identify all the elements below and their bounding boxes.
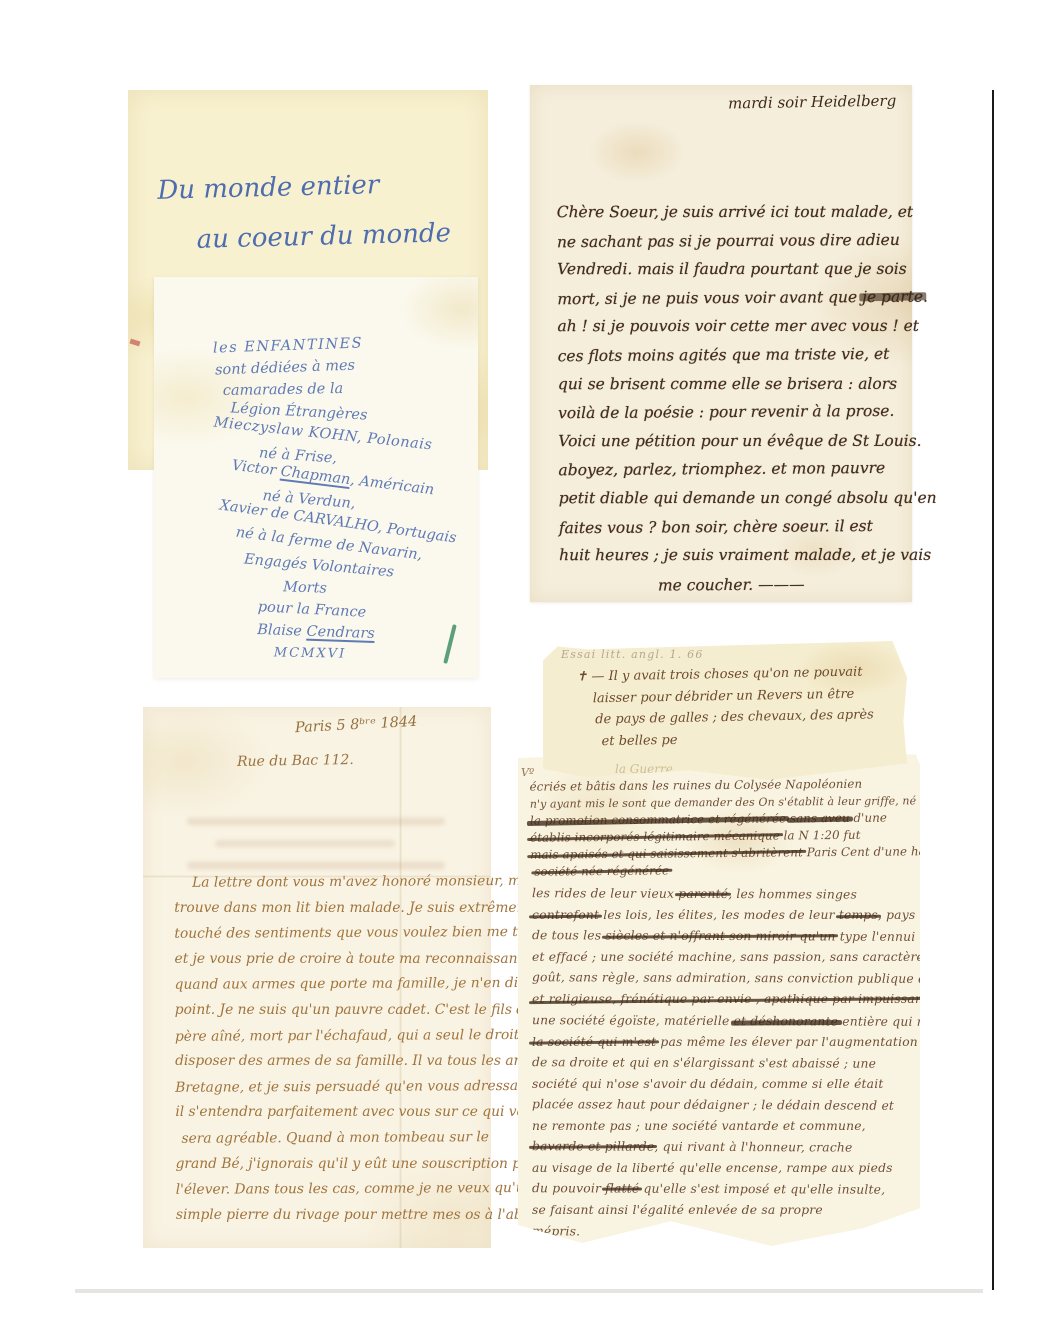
handwritten-line: au coeur du monde <box>196 208 452 265</box>
handwritten-line: au visage de la liberté qu'elle encense,… <box>532 1158 914 1179</box>
handwritten-line: grand Bé, j'ignorais qu'il y eût une sou… <box>176 1152 484 1178</box>
ink-bleed-line <box>187 818 445 825</box>
handwritten-line: et religieuse, frénétique par envie , ap… <box>532 989 914 1010</box>
scanned-manuscripts-page: Du monde entierau coeur du monde les ENF… <box>0 0 1040 1338</box>
handwritten-line: aboyez, parlez, triomphez. et mon pauvre <box>558 454 902 485</box>
draft-struck-lines: écriés et bâtis dans les ruines du Colys… <box>530 775 917 880</box>
handwritten-line: les rides de leur vieux parenté, les hom… <box>532 883 914 906</box>
vertical-rule <box>992 90 994 1290</box>
handwritten-line: l'élever. Dans tous les cas, comme je ne… <box>176 1176 484 1203</box>
dedication-text: les ENFANTINESsont dédiées à mescamarade… <box>154 335 478 665</box>
handwritten-line: qui se brisent comme elle se brisera : a… <box>558 369 902 398</box>
handwritten-line: La lettre dont vous m'avez honoré monsie… <box>192 869 482 896</box>
handwritten-line: quand aux armes que porte ma famille, je… <box>175 972 483 999</box>
handwritten-line: la société qui m'est pas même les élever… <box>532 1032 914 1053</box>
margin-note: Vº <box>521 766 534 779</box>
manuscript-letter-paris-1844: Paris 5 8ᵇʳᵉ 1844 Rue du Bac 112. La let… <box>143 707 491 1248</box>
handwritten-line: Du monde entier <box>157 158 451 216</box>
manuscript-draft-sheet: Vº Le Roi chétif écriés et bâtis dans le… <box>518 750 920 1248</box>
handwritten-line: et je vous prie de croire à toute ma rec… <box>175 947 483 973</box>
handwritten-line: placée assez haut pour dédaigner ; le dé… <box>532 1094 914 1117</box>
handwritten-line: ces flots moins agités que ma triste vie… <box>558 340 902 371</box>
handwritten-line: ah ! si je pouvois voir cette mer avec v… <box>557 312 901 341</box>
blue-ink-title: Du monde entierau coeur du monde <box>157 158 452 266</box>
handwritten-line: Voici une pétition pour un évêque de St … <box>558 427 902 456</box>
pencil-annotation: Essai litt. angl. 1. 66 <box>561 648 704 661</box>
handwritten-line: ne sachant pas si je pourrai vous dire a… <box>557 225 901 256</box>
handwritten-line: Vendredi. mais il faudra pourtant que je… <box>557 255 901 284</box>
letter-body: La lettre dont vous m'avez honoré monsie… <box>174 869 484 1229</box>
handwritten-line: et effacé ; une société machine, sans pa… <box>532 947 914 968</box>
handwritten-line: sera agréable. Quand à mon tombeau sur l… <box>181 1125 483 1152</box>
letter-address: Rue du Bac 112. <box>237 752 354 770</box>
handwritten-line: père aîné, mort par l'échafaud, qui a se… <box>175 1023 483 1050</box>
manuscript-letter-chere-soeur: mardi soir Heidelberg Chère Soeur, je su… <box>530 85 912 602</box>
handwritten-line: mépris. <box>532 1221 914 1244</box>
handwritten-line: de sa droite et qui en s'élargissant s'e… <box>532 1052 914 1075</box>
handwritten-line: il s'entendra parfaitement avec vous sur… <box>175 1100 483 1126</box>
handwritten-line: disposer des armes de sa famille. Il va … <box>175 1049 483 1075</box>
bottom-divider <box>75 1289 983 1293</box>
handwritten-line: voilà de la poésie : pour revenir à la p… <box>558 397 902 428</box>
ink-bleed-line <box>215 840 395 847</box>
handwritten-line: une société égoïste, matérielle et désho… <box>532 1010 914 1033</box>
ink-bleed-line <box>187 862 445 869</box>
handwritten-line: petit diable qui demande un congé absolu… <box>559 484 903 513</box>
handwritten-line: faites vous ? bon soir, chère soeur. il … <box>559 511 903 542</box>
handwritten-line: point. Je ne suis qu'un pauvre cadet. C'… <box>175 998 483 1024</box>
handwritten-line: du pouvoir flatté qu'elle s'est imposé e… <box>532 1178 914 1201</box>
handwritten-line: MCMXVI <box>142 640 478 668</box>
handwritten-line: simple pierre du rivage pour mettre mes … <box>176 1203 484 1229</box>
handwritten-line: société qui n'ose s'avoir du dédain, com… <box>532 1074 914 1095</box>
manuscript-scrap-note: Essai litt. angl. 1. 66 ✝ — Il y avait t… <box>543 641 907 780</box>
handwritten-line: huit heures ; je suis vraiment malade, e… <box>559 541 903 570</box>
handwritten-line: goût, sans règle, sans admiration, sans … <box>532 968 914 991</box>
letter-dateline: mardi soir Heidelberg <box>728 92 897 113</box>
manuscript-enfantines-dedication: les ENFANTINESsont dédiées à mescamarade… <box>154 277 478 678</box>
draft-body-lines: les rides de leur vieux parenté, les hom… <box>532 884 914 1243</box>
handwritten-line: et belles pe <box>601 726 874 752</box>
handwritten-line: mort, si je ne puis vous voir avant que … <box>557 283 901 314</box>
handwritten-line: société née régénérée <box>534 860 916 880</box>
scrap-ink-lines: ✝ — Il y avait trois choses qu'on ne pou… <box>576 661 874 752</box>
handwritten-line: mais apaisés et qui saisissement s'abrit… <box>530 843 916 863</box>
handwritten-line: de tous les siècles et n'offrant son mir… <box>532 925 914 948</box>
handwritten-line: se faisant ainsi l'égalité enlevée de sa… <box>532 1200 914 1221</box>
handwritten-line: ne remonte pas ; une société vantarde et… <box>532 1116 914 1137</box>
handwritten-line: Bretagne, et je suis persuadé qu'en vous… <box>175 1074 483 1101</box>
handwritten-line: trouve dans mon lit bien malade. Je suis… <box>174 896 482 922</box>
handwritten-line: me coucher. ——— <box>559 570 903 601</box>
letter-body: Chère Soeur, je suis arrivé ici tout mal… <box>557 197 904 601</box>
handwritten-line: Chère Soeur, je suis arrivé ici tout mal… <box>557 198 901 227</box>
handwritten-line: touché des sentiments que vous voulez bi… <box>174 920 482 947</box>
handwritten-line: bavarde et pillarde, qui rivant à l'honn… <box>532 1136 914 1159</box>
handwritten-line: contrefont les lois, les élites, les mod… <box>532 905 914 926</box>
